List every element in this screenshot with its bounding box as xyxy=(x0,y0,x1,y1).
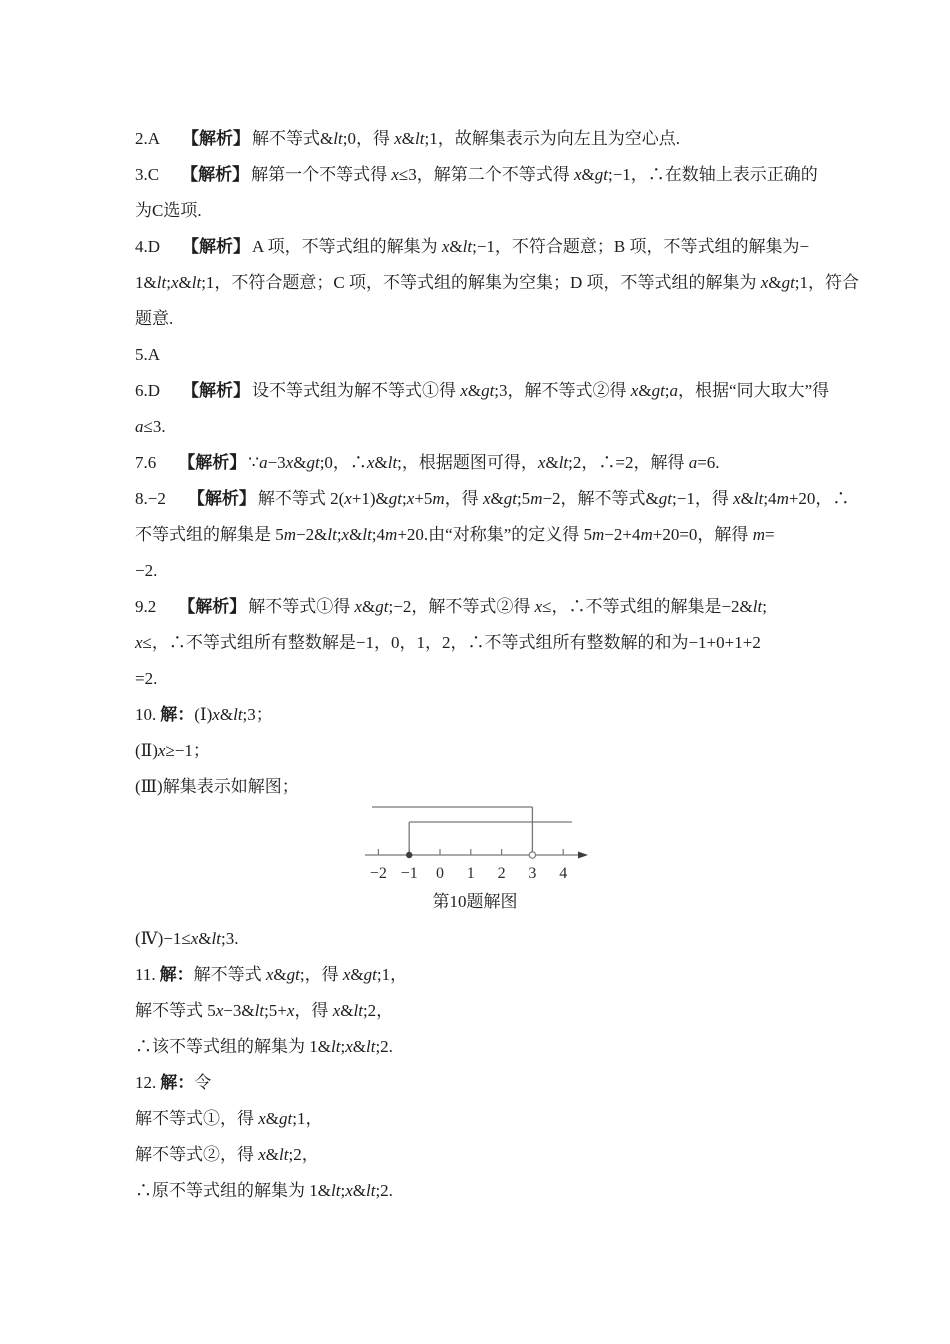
answer-line: (Ⅳ)−1≤x&lt;3. xyxy=(135,921,815,957)
line-text: 设不等式组为解不等式①得 x&gt;3，解不等式②得 x&gt;a，根据“同大取… xyxy=(252,381,829,400)
answer-line: x≤，∴不等式组所有整数解是−1，0，1，2，∴不等式组所有整数解的和为−1+0… xyxy=(135,625,815,661)
item-number: 10. xyxy=(135,705,156,724)
tick-label: 3 xyxy=(528,865,536,882)
answer-line: 解不等式 5x−3&lt;5+x，得 x&lt;2， xyxy=(135,993,815,1029)
line-text: 题意. xyxy=(135,309,173,328)
analysis-label: 【解析】 xyxy=(178,453,246,472)
line-text: =2. xyxy=(135,669,157,688)
answer-line: 题意. xyxy=(135,301,815,337)
tick-label: −1 xyxy=(401,865,418,882)
item-number: 3.C xyxy=(135,165,159,184)
line-text: ∴原不等式组的解集为 1&lt;x&lt;2. xyxy=(135,1181,393,1200)
number-line: −2−101234 xyxy=(360,805,600,883)
item-number: 2.A xyxy=(135,129,160,148)
answer-line: 解不等式①，得 x&gt;1， xyxy=(135,1101,815,1137)
line-text: −2. xyxy=(135,561,157,580)
line-text: ∴该不等式组的解集为 1&lt;x&lt;2. xyxy=(135,1037,393,1056)
answer-line: (Ⅲ)解集表示如解图； xyxy=(135,769,815,805)
closed-point xyxy=(406,852,412,858)
line-text: (Ⅲ)解集表示如解图； xyxy=(135,777,299,796)
line-text: (Ⅰ)x&lt;3； xyxy=(194,705,273,724)
answer-line: ∴该不等式组的解集为 1&lt;x&lt;2. xyxy=(135,1029,815,1065)
line-text: x≤，∴不等式组所有整数解是−1，0，1，2，∴不等式组所有整数解的和为−1+0… xyxy=(135,633,761,652)
line-text: A 项，不等式组的解集为 x&lt;−1，不符合题意；B 项，不等式组的解集为− xyxy=(252,237,809,256)
line-text: 1&lt;x&lt;1，不符合题意；C 项，不等式组的解集为空集；D 项，不等式… xyxy=(135,273,859,292)
item-number: 9.2 xyxy=(135,597,156,616)
item-number: 12. xyxy=(135,1073,156,1092)
tick-label: 4 xyxy=(559,865,567,882)
answer-line: 3.C【解析】解第一个不等式得 x≤3，解第二个不等式得 x&gt;−1，∴在数… xyxy=(135,157,815,193)
item-number: 5.A xyxy=(135,345,160,364)
answer-line: 5.A xyxy=(135,337,815,373)
item-number: 11. xyxy=(135,965,156,984)
line-text: ∵a−3x&gt;0，∴x&lt;，根据题图可得，x&lt;2，∴=2，解得 a… xyxy=(248,453,719,472)
line-text: 解不等式 x&gt;，得 x&gt;1， xyxy=(194,965,408,984)
answer-line: 9.2【解析】解不等式①得 x&gt;−2，解不等式②得 x≤，∴不等式组的解集… xyxy=(135,589,815,625)
item-number: 4.D xyxy=(135,237,160,256)
answer-line: 10.解：(Ⅰ)x&lt;3； xyxy=(135,697,815,733)
answer-line: =2. xyxy=(135,661,815,697)
answer-figure: −2−101234 第10题解图 xyxy=(135,805,815,921)
answer-line: 解不等式②，得 x&lt;2， xyxy=(135,1137,815,1173)
analysis-label: 【解析】 xyxy=(182,129,250,148)
line-text: a≤3. xyxy=(135,417,166,436)
answer-lines-bottom: (Ⅳ)−1≤x&lt;3.11.解：解不等式 x&gt;，得 x&gt;1，解不… xyxy=(135,921,815,1209)
analysis-label: 【解析】 xyxy=(188,489,256,508)
line-text: 解不等式&lt;0，得 x&lt;1，故解集表示为向左且为空心点. xyxy=(252,129,680,148)
figure-caption: 第10题解图 xyxy=(135,891,815,913)
tick-label: −2 xyxy=(370,865,387,882)
line-text: 解第一个不等式得 x≤3，解第二个不等式得 x&gt;−1，∴在数轴上表示正确的 xyxy=(251,165,818,184)
item-number: 8.−2 xyxy=(135,489,166,508)
tick-label: 2 xyxy=(498,865,506,882)
answer-line: −2. xyxy=(135,553,815,589)
analysis-label: 【解析】 xyxy=(182,237,250,256)
axis-arrow-icon xyxy=(578,852,588,859)
line-text: 解不等式②，得 x&lt;2， xyxy=(135,1145,319,1164)
answer-line: 不等式组的解集是 5m−2&lt;x&lt;4m+20.由“对称集”的定义得 5… xyxy=(135,517,815,553)
tick-label: 1 xyxy=(467,865,475,882)
answer-line: a≤3. xyxy=(135,409,815,445)
answer-line: 1&lt;x&lt;1，不符合题意；C 项，不等式组的解集为空集；D 项，不等式… xyxy=(135,265,815,301)
answer-line: 4.D【解析】A 项，不等式组的解集为 x&lt;−1，不符合题意；B 项，不等… xyxy=(135,229,815,265)
line-text: 解不等式 5x−3&lt;5+x，得 x&lt;2， xyxy=(135,1001,393,1020)
analysis-label: 【解析】 xyxy=(182,381,250,400)
answer-line: ∴原不等式组的解集为 1&lt;x&lt;2. xyxy=(135,1173,815,1209)
line-text: (Ⅳ)−1≤x&lt;3. xyxy=(135,929,238,948)
item-number: 6.D xyxy=(135,381,160,400)
answer-line: 2.A【解析】解不等式&lt;0，得 x&lt;1，故解集表示为向左且为空心点. xyxy=(135,121,815,157)
answer-line: (Ⅱ)x≥−1； xyxy=(135,733,815,769)
answer-line: 7.6【解析】∵a−3x&gt;0，∴x&lt;，根据题图可得，x&lt;2，∴… xyxy=(135,445,815,481)
line-text: 解不等式①得 x&gt;−2，解不等式②得 x≤，∴不等式组的解集是−2&lt; xyxy=(248,597,767,616)
solve-label: 解： xyxy=(160,965,194,984)
line-text: 解不等式 2(x+1)&gt;x+5m，得 x&gt;5m−2，解不等式&gt;… xyxy=(258,489,850,508)
analysis-label: 【解析】 xyxy=(178,597,246,616)
answer-line: 8.−2【解析】解不等式 2(x+1)&gt;x+5m，得 x&gt;5m−2，… xyxy=(135,481,815,517)
line-text: 令 xyxy=(194,1073,211,1092)
line-text: 解不等式①，得 x&gt;1， xyxy=(135,1109,323,1128)
open-point xyxy=(529,852,535,858)
analysis-label: 【解析】 xyxy=(181,165,249,184)
solve-label: 解： xyxy=(160,1073,194,1092)
item-number: 7.6 xyxy=(135,453,156,472)
answer-line: 12.解：令 xyxy=(135,1065,815,1101)
answer-line: 为C选项. xyxy=(135,193,815,229)
line-text: 为C选项. xyxy=(135,201,202,220)
answer-line: 11.解：解不等式 x&gt;，得 x&gt;1， xyxy=(135,957,815,993)
document-page: 2.A【解析】解不等式&lt;0，得 x&lt;1，故解集表示为向左且为空心点.… xyxy=(0,0,950,1344)
tick-label: 0 xyxy=(436,865,444,882)
line-text: (Ⅱ)x≥−1； xyxy=(135,741,210,760)
solve-label: 解： xyxy=(160,705,194,724)
line-text: 不等式组的解集是 5m−2&lt;x&lt;4m+20.由“对称集”的定义得 5… xyxy=(135,525,775,544)
answer-line: 6.D【解析】设不等式组为解不等式①得 x&gt;3，解不等式②得 x&gt;a… xyxy=(135,373,815,409)
answer-lines-top: 2.A【解析】解不等式&lt;0，得 x&lt;1，故解集表示为向左且为空心点.… xyxy=(135,121,815,805)
